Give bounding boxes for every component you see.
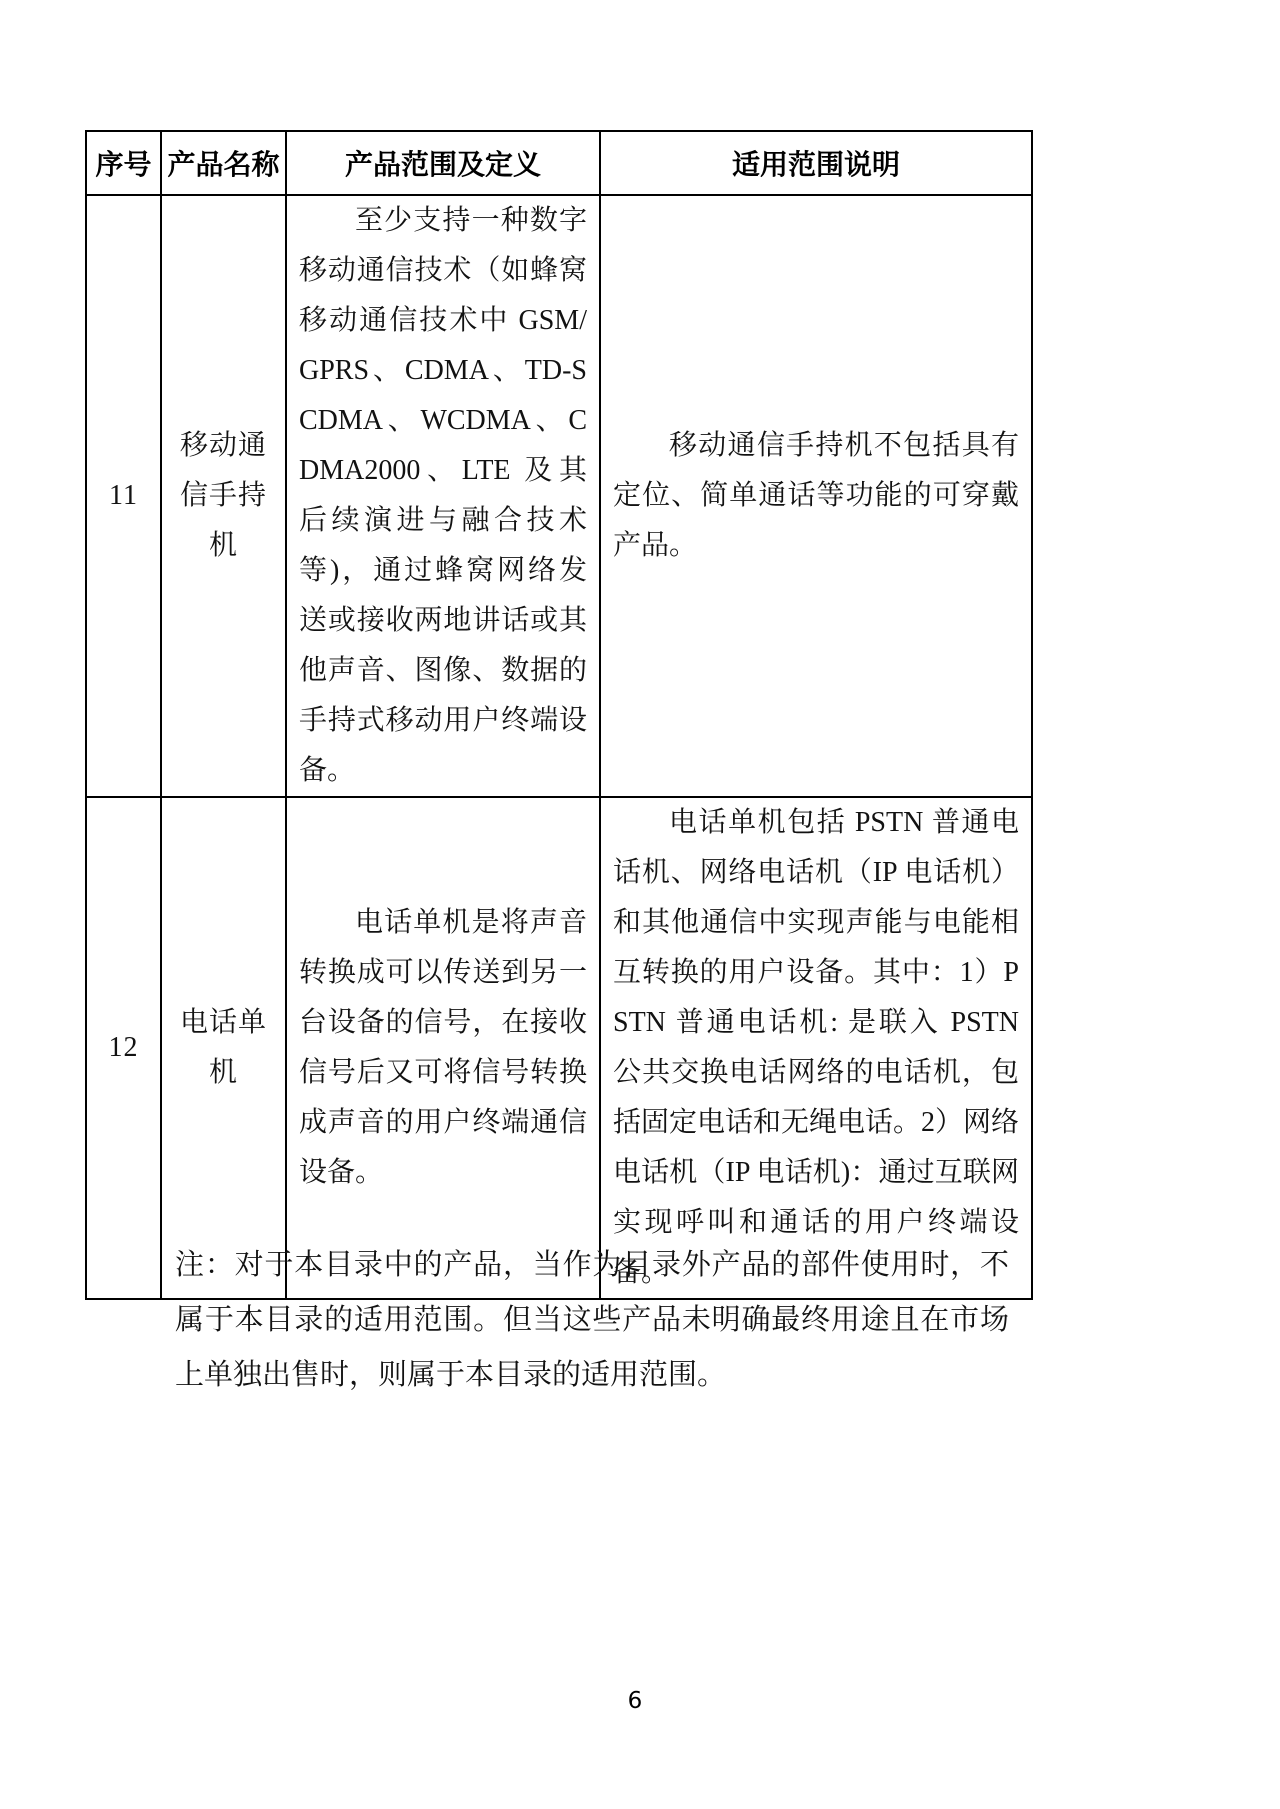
row12-serial-number: 12 (86, 797, 161, 1299)
row12-scope: 电话单机包括 PSTN 普通电话机、网络电话机（IP 电话机）和其他通信中实现声… (600, 797, 1032, 1299)
row12-product-name: 电话单机 (161, 797, 286, 1299)
row12-scope-text: 电话单机包括 PSTN 普通电话机、网络电话机（IP 电话机）和其他通信中实现声… (613, 798, 1019, 1298)
row11-definition: 至少支持一种数字移动通信技术（如蜂窝移动通信技术中 GSM/GPRS、CDMA、… (286, 195, 600, 797)
row12-definition-text: 电话单机是将声音转换成可以传送到另一台设备的信号，在接收信号后又可将信号转换成声… (299, 898, 587, 1198)
product-catalog-table: 序号 产品名称 产品范围及定义 适用范围说明 11 移动通信手持机 至少支持一种… (85, 130, 1033, 1300)
product-catalog-table-container: 序号 产品名称 产品范围及定义 适用范围说明 11 移动通信手持机 至少支持一种… (85, 130, 1031, 1300)
page-number: 6 (0, 1688, 1270, 1714)
row11-scope: 移动通信手持机不包括具有定位、简单通话等功能的可穿戴产品。 (600, 195, 1032, 797)
row11-scope-text: 移动通信手持机不包括具有定位、简单通话等功能的可穿戴产品。 (613, 421, 1019, 571)
row11-serial-number: 11 (86, 195, 161, 797)
header-product-scope-definition: 产品范围及定义 (286, 131, 600, 195)
footnote: 注：对于本目录中的产品，当作为目录外产品的部件使用时，不属于本目录的适用范围。但… (175, 1238, 1009, 1403)
table-row: 12 电话单机 电话单机是将声音转换成可以传送到另一台设备的信号，在接收信号后又… (86, 797, 1032, 1299)
header-serial-number: 序号 (86, 131, 161, 195)
header-product-name: 产品名称 (161, 131, 286, 195)
row12-definition: 电话单机是将声音转换成可以传送到另一台设备的信号，在接收信号后又可将信号转换成声… (286, 797, 600, 1299)
row11-definition-text: 至少支持一种数字移动通信技术（如蜂窝移动通信技术中 GSM/GPRS、CDMA、… (299, 196, 587, 796)
header-applicable-scope: 适用范围说明 (600, 131, 1032, 195)
table-header-row: 序号 产品名称 产品范围及定义 适用范围说明 (86, 131, 1032, 195)
row11-product-name: 移动通信手持机 (161, 195, 286, 797)
table-row: 11 移动通信手持机 至少支持一种数字移动通信技术（如蜂窝移动通信技术中 GSM… (86, 195, 1032, 797)
document-page: 序号 产品名称 产品范围及定义 适用范围说明 11 移动通信手持机 至少支持一种… (0, 0, 1280, 1809)
